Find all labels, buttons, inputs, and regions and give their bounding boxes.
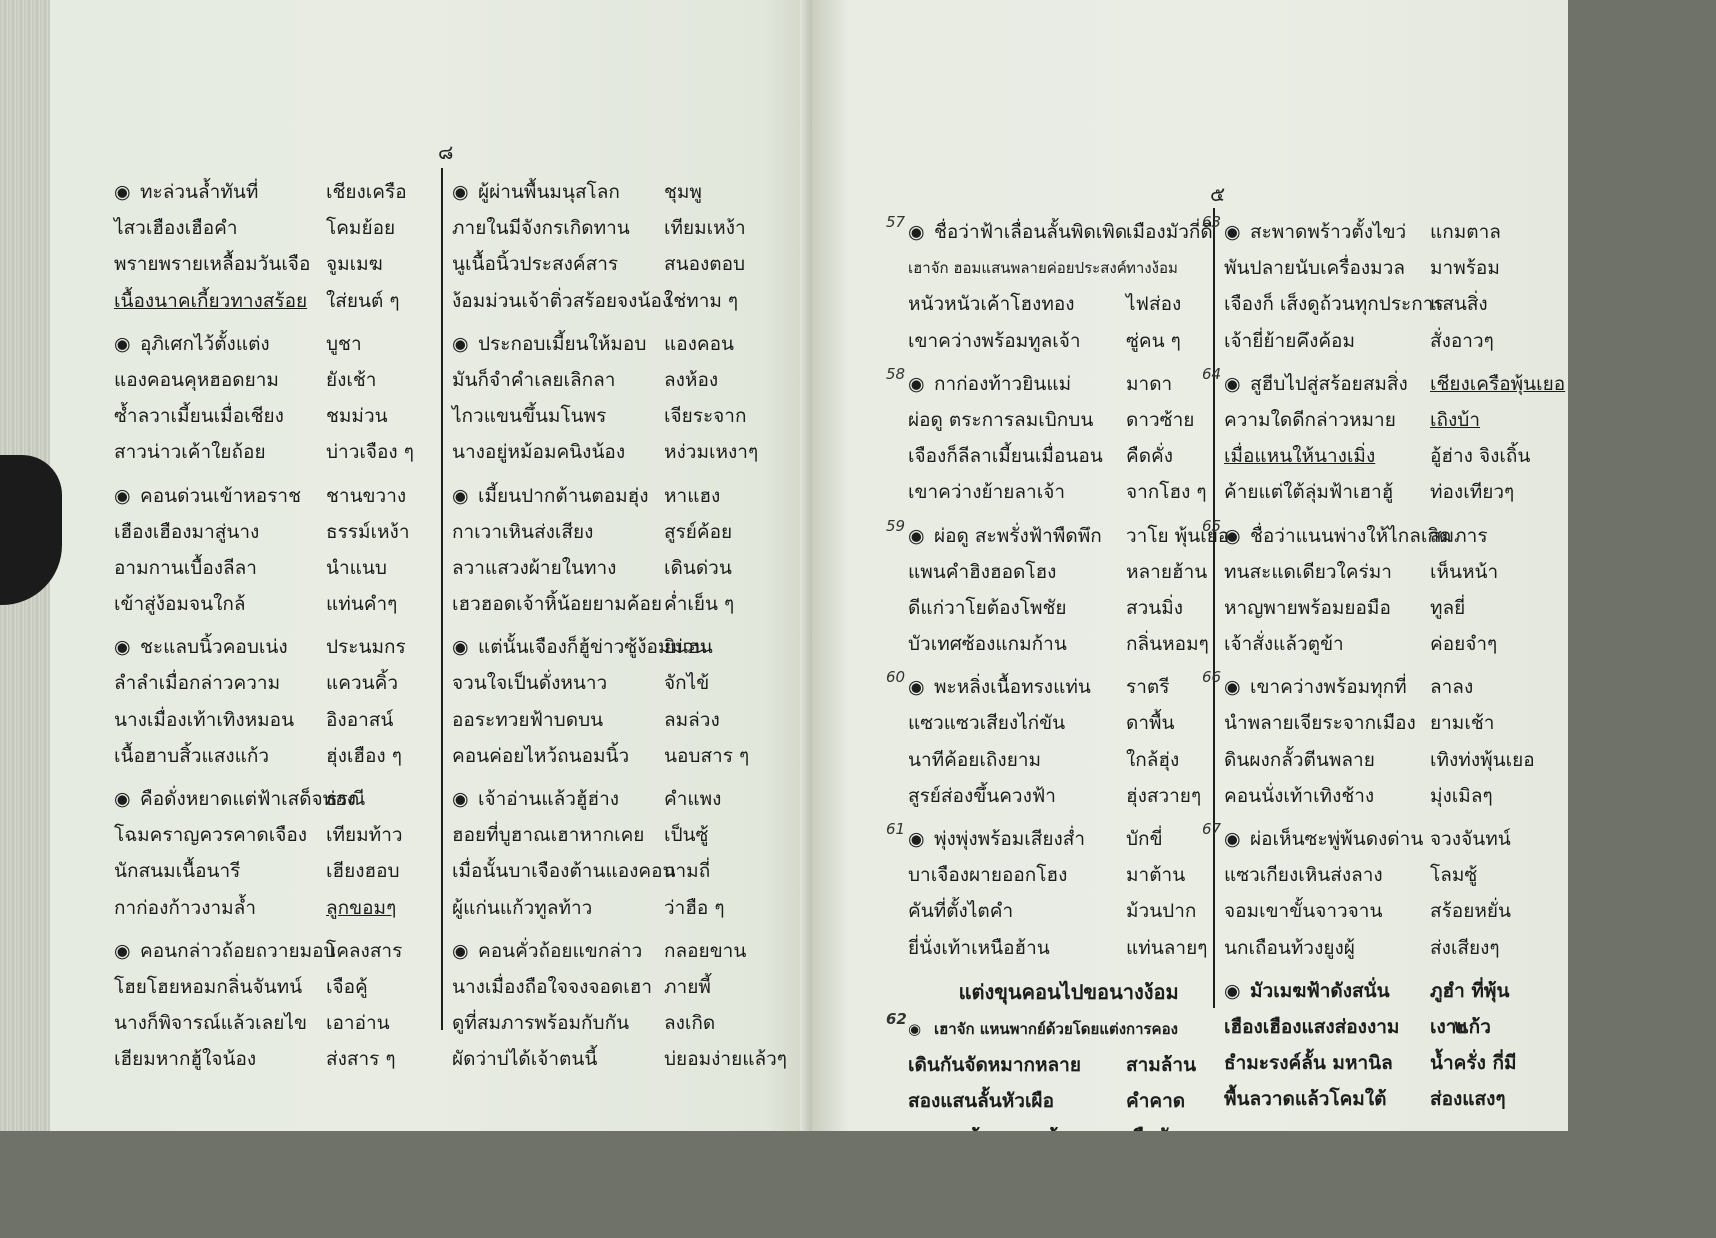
verse-line: ◉มัวเมฆฟ้าดังสนั่นภูฮำ ที่พุ้น — [1224, 973, 1565, 1009]
verse-line-right: ใส่ยนต์ ๆ — [326, 283, 400, 319]
verse-line-right: สนองตอบ — [664, 246, 745, 282]
verse-line-right: บ่ยอมง่ายแล้วๆ — [664, 1041, 787, 1077]
verse-line: เนื้อฮาบสิ้วแสงแก้วฮุ่งเฮือง ๆ — [114, 738, 414, 774]
verse-line-right: มุ่งเมิลๆ — [1430, 778, 1493, 814]
verse-line: ◉เมี้ยนปากต้านตอมฮุ่งหาแฮง — [452, 478, 787, 514]
verse-line-left: เฮาจัก ฮอมแสนพลายค่อยประสงค์ — [908, 259, 1127, 277]
bullet-circle-icon: ◉ — [114, 478, 140, 514]
verse-stanza: 57◉ชื่อว่าฟ้าเลื่อนลั้นพิดเพิดเมืองมัวกี… — [908, 214, 1229, 359]
verse-line: พลูแจกซ้องหลายถ้านเฮือขันๆ — [908, 1119, 1229, 1131]
verse-line-left: จวนใจเป็นดั่งหนาว — [452, 672, 607, 694]
verse-line-left: ดีแก่วาโยต้องโพชัย — [908, 597, 1067, 619]
bullet-circle-icon: ◉ — [908, 214, 934, 250]
bullet-circle-icon: ◉ — [1224, 973, 1250, 1009]
black-tab-marker — [0, 455, 62, 605]
verse-stanza: 67◉ผ่อเห็นซะพู่พ้นดงด่านจวงจันทน์แซวเกีย… — [1224, 821, 1565, 966]
verse-line: เนื้องนาคเกี้ยวทางสร้อยใส่ยนต์ ๆ — [114, 283, 414, 319]
verse-line-right: ประนมกร — [326, 629, 406, 665]
verse-line: จวนใจเป็นดั่งหนาวจักไข้ — [452, 665, 787, 701]
verse-line: ◉คอนด่วนเข้าหอราชชานขวาง — [114, 478, 414, 514]
verse-line: นักสนมเนื้อนารีเฮียงฮอบ — [114, 853, 414, 889]
verse-line-right: ลมล่วง — [664, 702, 720, 738]
verse-line-right: ฮุ่งสวายๆ — [1126, 778, 1201, 814]
verse-line: บาเจืองผายออกโฮงมาต้าน — [908, 857, 1229, 893]
verse-line: โฮยโฮยหอมกลิ่นจันทน์เจือคู้ — [114, 969, 414, 1005]
verse-line: เข้าสู่ง้อมจนใกล้แท่นคำๆ — [114, 586, 414, 622]
verse-line: ◉เจ้าอ่านแล้วฮู้ฮ่างคำแพง — [452, 781, 787, 817]
bullet-circle-icon: ◉ — [1224, 669, 1250, 705]
verse-line: ◉กาก่องท้าวยินแม่มาดา — [908, 366, 1229, 402]
verse-stanza: 59◉ผ่อดู สะพรั่งฟ้าพืดพึกวาโย พุ้นเยอแพน… — [908, 518, 1229, 663]
verse-line: ◉ผ่อดู สะพรั่งฟ้าพืดพึกวาโย พุ้นเยอ — [908, 518, 1229, 554]
bullet-circle-icon: ◉ — [1224, 214, 1250, 250]
verse-line: จอมเขาขั้นจาวจานสร้อยหยั่น — [1224, 893, 1565, 929]
verse-line-left: มันก็จำคำเลยเลิกลา — [452, 369, 615, 391]
verse-line-left: แองคอนคุหฮอดยาม — [114, 369, 279, 391]
verse-line-left: หนัวหนัวเค้าโฮงทอง — [908, 293, 1075, 315]
verse-line-left: นางเมื่องเท้าเทิงหมอน — [114, 709, 294, 731]
verse-stanza: ◉แต่นั้นเจืองก็ฮู้ข่าวซู้ง้อมม่วนยินฮนจว… — [452, 629, 787, 774]
verse-stanza: 58◉กาก่องท้าวยินแม่มาดาผ่อดู ตระการลมเบิ… — [908, 366, 1229, 511]
verse-line: คอนนั่งเท้าเทิงช้างมุ่งเมิลๆ — [1224, 778, 1565, 814]
verse-line-right: ถามถี่ — [664, 853, 710, 889]
bullet-circle-icon: ◉ — [114, 326, 140, 362]
verse-line: คันที่ตั้งไตคำม้วนปาก — [908, 893, 1229, 929]
verse-line: ◉แต่นั้นเจืองก็ฮู้ข่าวซู้ง้อมม่วนยินฮน — [452, 629, 787, 665]
verse-stanza: ◉อุภิเศกไว้ตั้งแต่งบูชาแองคอนคุหฮอดยามยั… — [114, 326, 414, 471]
left-page: ๘ ◉ทะล่วนล้ำทันที่เชียงเครือไสวเฮืองเฮือ… — [0, 0, 812, 1131]
verse-line-left: ผู้ผ่านพื้นมนุสโลก — [478, 181, 620, 203]
verse-line-right: อู้ฮ่าง จิงเถิ้น — [1430, 438, 1530, 474]
verse-line-left: นางเมื่องถือใจจงจอดเฮา — [452, 976, 652, 998]
verse-line-left: ชะแลบนิ้วคอบเน่ง — [140, 636, 288, 658]
verse-line-right: แสนสิ่ง — [1430, 286, 1488, 322]
verse-line-left: ออระทวยฟ้าบดบน — [452, 709, 603, 731]
verse-line-right: เทียมท้าว — [326, 817, 403, 853]
verse-line: ผู้แก่นแก้วทูลท้าวว่าฮือ ๆ — [452, 890, 787, 926]
verse-line-left: บัวเทศซ้องแกมก้าน — [908, 633, 1067, 655]
handwritten-verse-number: 67 — [1202, 811, 1221, 847]
verse-line-left: นางอยู่หม้อมคนิงน้อง — [452, 441, 625, 463]
bullet-circle-icon: ◉ — [452, 326, 478, 362]
verse-line-right: ส่งสาร ๆ — [326, 1041, 396, 1077]
handwritten-verse-number: 66 — [1202, 659, 1221, 695]
verse-line: เจืองก็ เส็งดูถ้วนทุกประการแสนสิ่ง — [1224, 286, 1565, 322]
verse-line-right: เมืองมัวกี่ดี — [1126, 214, 1213, 250]
verse-line: ดูที่สมภารพร้อมกับกันลงเกิด — [452, 1005, 787, 1041]
verse-line-right: ท่องเทียวๆ — [1430, 474, 1514, 510]
handwritten-verse-number: 64 — [1202, 356, 1221, 392]
verse-line-right: ดาพื้น — [1126, 705, 1175, 741]
verse-line-right: โคลงสาร — [326, 933, 402, 969]
verse-line: นางเมื่องเท้าเทิงหมอนอิงอาสน์ — [114, 702, 414, 738]
verse-line-right: ซู่คน ๆ — [1126, 323, 1181, 359]
verse-line: บัวเทศซ้องแกมก้านกลิ่นหอมๆ — [908, 626, 1229, 662]
verse-line: เจืองก็ลีลาเมี้ยนเมื่อนอนคืดคั่ง — [908, 438, 1229, 474]
verse-line-left: ลำลำเมื่อกล่าวความ — [114, 672, 280, 694]
verse-line-right: น้ำครั่ง กี่มี — [1430, 1045, 1517, 1081]
verse-line-right: นำแนบ — [326, 550, 387, 586]
bullet-circle-icon: ◉ — [908, 366, 934, 402]
verse-line-left: สาวน่าวเค้าใยถ้อย — [114, 441, 266, 463]
verse-line-left: ผ่อดู สะพรั่งฟ้าพืดพึก — [934, 525, 1102, 547]
verse-line-right: ลูกขอมๆ — [326, 890, 396, 926]
verse-line-left: พุ่งพุ่งพร้อมเสียงส่ำ — [934, 828, 1085, 850]
verse-line-right: ค่อยจำๆ — [1430, 626, 1497, 662]
book-spread: ๘ ◉ทะล่วนล้ำทันที่เชียงเครือไสวเฮืองเฮือ… — [0, 0, 1568, 1131]
verse-line-right: เดินด่วน — [664, 550, 732, 586]
verse-line-right: เชียงเครือพุ้นเยอ — [1430, 366, 1565, 402]
handwritten-verse-number: 61 — [886, 811, 905, 847]
right-page-column-1: 57◉ชื่อว่าฟ้าเลื่อนลั้นพิดเพิดเมืองมัวกี… — [908, 214, 1229, 1131]
verse-line-left: กาก่องท้าวยินแม่ — [934, 373, 1071, 395]
bullet-circle-icon: ◉ — [452, 781, 478, 817]
verse-line-left: ผ่อเห็นซะพู่พ้นดงด่าน — [1250, 828, 1423, 850]
verse-line-left: โฉมคราญควรคาดเจือง — [114, 824, 307, 846]
verse-line-right: หง่วมเหงาๆ — [664, 434, 758, 470]
verse-line-right: ราตรี — [1126, 669, 1169, 705]
verse-line-right: คำแพง — [664, 781, 721, 817]
verse-stanza: ◉เจ้าอ่านแล้วฮู้ฮ่างคำแพงฮอยที่บูฮาณเฮาห… — [452, 781, 787, 926]
verse-line: ◉พุ่งพุ่งพร้อมเสียงส่ำบักขี่ — [908, 821, 1229, 857]
verse-line: นางเมื่องถือใจจงจอดเฮาภายพี้ — [452, 969, 787, 1005]
handwritten-verse-number: 60 — [886, 659, 905, 695]
verse-line-left: ทะล่วนล้ำทันที่ — [140, 181, 258, 203]
verse-line-left: ทนสะแดเดียวใคร่มา — [1224, 561, 1392, 583]
verse-line-right: ไฟส่อง — [1126, 286, 1181, 322]
verse-line: อามกานเบื้องลีลานำแนบ — [114, 550, 414, 586]
verse-line: ดินผงกลั้วตีนพลายเทิงท่งพุ้นเยอ — [1224, 742, 1565, 778]
verse-line-right: ลาลง — [1430, 669, 1473, 705]
verse-line-left: เมื่อนั้นบาเจืองต้านแองคอน — [452, 860, 676, 882]
verse-line-left: โฮยโฮยหอมกลิ่นจันทน์ — [114, 976, 302, 998]
verse-line-left: อามกานเบื้องลีลา — [114, 557, 257, 579]
verse-line-right: มาพร้อม — [1430, 250, 1500, 286]
verse-line-left: ชื่อว่าแนนพ่างให้ไกลเกิด — [1250, 525, 1451, 547]
bullet-circle-icon: ◉ — [114, 174, 140, 210]
bullet-circle-icon: ◉ — [452, 478, 478, 514]
verse-line-left: ความใดดีกล่าวหมาย — [1224, 409, 1396, 431]
verse-line-right: ดาวซ้าย — [1126, 402, 1194, 438]
left-page-column-1: ◉ทะล่วนล้ำทันที่เชียงเครือไสวเฮืองเฮือคำ… — [114, 174, 414, 1085]
verse-line-right: จักไข้ — [664, 665, 709, 701]
verse-line: พันปลายนับเครื่องมวลมาพร้อม — [1224, 250, 1565, 286]
verse-line: คอนค่อยไหว้ถนอมนิ้วนอบสาร ๆ — [452, 738, 787, 774]
verse-line: ◉สูฮีบไปสู่สร้อยสมสิ่งเชียงเครือพุ้นเยอ — [1224, 366, 1565, 402]
verse-line-left: พลูแจกซ้องหลายถ้าน — [908, 1126, 1082, 1131]
verse-line: เมื่อนั้นบาเจืองต้านแองคอนถามถี่ — [452, 853, 787, 889]
verse-line: หนัวหนัวเค้าโฮงทองไฟส่อง — [908, 286, 1229, 322]
verse-line-left: นักสนมเนื้อนารี — [114, 860, 240, 882]
verse-line-left: พะหลิ่งเนื้อทรงแท่น — [934, 676, 1091, 698]
verse-line-left: ไกวแขนขึ้นมโนพร — [452, 405, 606, 427]
verse-line: เขาคว่างย้ายลาเจ้าจากโฮง ๆ — [908, 474, 1229, 510]
verse-line-left: สูรย์ส่องขึ้นควงฟ้า — [908, 785, 1056, 807]
verse-stanza: ◉คือดั่งหยาดแต่ฟ้าเสด็จท่องธรณีโฉมคราญคว… — [114, 781, 414, 926]
verse-line-left: เฮียมหากฮู้ใจน้อง — [114, 1048, 256, 1070]
verse-stanza: ◉ชะแลบนิ้วคอบเน่งประนมกรลำลำเมื่อกล่าวคว… — [114, 629, 414, 774]
verse-line-right: ใช่ทาม ๆ — [664, 283, 738, 319]
verse-line: โฉมคราญควรคาดเจืองเทียมท้าว — [114, 817, 414, 853]
verse-line-left: นางก็พิจารณ์แล้วเลยไข — [114, 1012, 307, 1034]
verse-line-left: เฮวฮอดเจ้าหิ้น้อยยามค้อย — [452, 593, 662, 615]
verse-line-right: ทางง้อม — [1126, 250, 1178, 286]
verse-line: ลำลำเมื่อกล่าวความแควนคิ้ว — [114, 665, 414, 701]
verse-line: แองคอนคุหฮอดยามยังเช้า — [114, 362, 414, 398]
verse-line-left: แซวแซวเสียงไก่ขัน — [908, 712, 1065, 734]
bullet-circle-icon: ◉ — [452, 629, 478, 665]
verse-line: ◉ชื่อว่าฟ้าเลื่อนลั้นพิดเพิดเมืองมัวกี่ด… — [908, 214, 1229, 250]
verse-line-right: เชียงเครือ — [326, 174, 407, 210]
verse-line-left: บาเจืองผายออกโฮง — [908, 864, 1067, 886]
verse-line-left: พรายพรายเหลื้อมวันเจือ — [114, 253, 310, 275]
verse-line: ◉เขาคว่างพร้อมทุกที่ลาลง — [1224, 669, 1565, 705]
verse-line-left: คอนกล่าวถ้อยถวายมอบ — [140, 940, 336, 962]
verse-line: เจ้าสั่งแล้วตูข้าค่อยจำๆ — [1224, 626, 1565, 662]
verse-line: เฮืองเฮืองมาสู่นางธรรม์เหง้า — [114, 514, 414, 550]
right-page-column-2: 63◉สะพาดพร้าวตั้งไขว่แกมตาลพันปลายนับเคร… — [1224, 214, 1565, 1125]
handwritten-verse-number: 57 — [886, 204, 905, 240]
verse-line: นางก็พิจารณ์แล้วเลยไขเอาอ่าน — [114, 1005, 414, 1041]
verse-line-right: มาต้าน — [1126, 857, 1185, 893]
verse-line: นำพลายเจียระจากเมืองยามเช้า — [1224, 705, 1565, 741]
verse-line-left: มัวเมฆฟ้าดังสนั่น — [1250, 980, 1390, 1002]
verse-line-left: คอนค่อยไหว้ถนอมนิ้ว — [452, 745, 629, 767]
verse-line-right: ส่งเสียงๆ — [1430, 930, 1500, 966]
verse-line: พรายพรายเหลื้อมวันเจือจูมเมฆ — [114, 246, 414, 282]
verse-line: ภายในมีจังกรเกิดทานเทียมเหง้า — [452, 210, 787, 246]
verse-line: ◉คอนกล่าวถ้อยถวายมอบโคลงสาร — [114, 933, 414, 969]
verse-line-left: เมื่อแหนให้นางเมิ่ง — [1224, 445, 1375, 467]
verse-line: ผ่อดู ตระการลมเบิกบนดาวซ้าย — [908, 402, 1229, 438]
verse-line-left: เขาคว่างย้ายลาเจ้า — [908, 481, 1065, 503]
verse-line: แซวแซวเสียงไก่ขันดาพื้น — [908, 705, 1229, 741]
verse-line-left: ฮอยที่บูฮาณเฮาหากเคย — [452, 824, 644, 846]
verse-line-right: โคมย้อย — [326, 210, 395, 246]
verse-line-left: ดินผงกลั้วตีนพลาย — [1224, 749, 1375, 771]
verse-line-left: กาเวาเหินส่งเสียง — [452, 521, 593, 543]
verse-line: สาวน่าวเค้าใยถ้อยบ่าวเจือง ๆ — [114, 434, 414, 470]
verse-line: ง้อมม่วนเจ้าติ่วสร้อยจงน้องใช่ทาม ๆ — [452, 283, 787, 319]
verse-line: ◉ประกอบเมี้ยนให้มอบแองคอน — [452, 326, 787, 362]
verse-line: ◉คอนคั่วถ้อยแขกล่าวกลอยขาน — [452, 933, 787, 969]
verse-line-right: ลงห้อง — [664, 362, 718, 398]
handwritten-verse-number: 59 — [886, 508, 905, 544]
verse-line-right: ค่ำเย็น ๆ — [664, 586, 734, 622]
verse-line-right: จากโฮง ๆ — [1126, 474, 1207, 510]
verse-line-right: เทิงท่งพุ้นเยอ — [1430, 742, 1535, 778]
bullet-circle-icon: ◉ — [1224, 821, 1250, 857]
verse-stanza: ◉ประกอบเมี้ยนให้มอบแองคอนมันก็จำคำเลยเลิ… — [452, 326, 787, 471]
verse-line-left: เจืองก็ เส็งดูถ้วนทุกประการ — [1224, 293, 1444, 315]
verse-line-right: สวนมิ่ง — [1126, 590, 1183, 626]
verse-stanza: 60◉พะหลิ่งเนื้อทรงแท่นราตรีแซวแซวเสียงไก… — [908, 669, 1229, 814]
verse-line-right: อิงอาสน์ — [326, 702, 393, 738]
verse-line-right: เจียระจาก — [664, 398, 746, 434]
verse-line-right: ใกล้ฮุ่ง — [1126, 742, 1179, 778]
verse-line-left: เนื้องนาคเกี้ยวทางสร้อย — [114, 290, 307, 312]
verse-line-right: โลมซู้ — [1430, 857, 1477, 893]
page-number-left: ๘ — [438, 136, 453, 168]
bullet-circle-icon: ◉ — [452, 933, 478, 969]
verse-line-left: คันที่ตั้งไตคำ — [908, 900, 1013, 922]
verse-line: มันก็จำคำเลยเลิกลาลงห้อง — [452, 362, 787, 398]
bullet-circle-icon: ◉ — [1224, 366, 1250, 402]
bullet-circle-icon: ◉ — [1224, 518, 1250, 554]
verse-line-left: เจ้าอ่านแล้วฮู้ฮ่าง — [478, 788, 619, 810]
verse-line: ◉ผู้ผ่านพื้นมนุสโลกชุมพู — [452, 174, 787, 210]
verse-line: ไกวแขนขึ้นมโนพรเจียระจาก — [452, 398, 787, 434]
verse-line-right: เห็นหน้า — [1430, 554, 1498, 590]
verse-line-right: ชมม่วน — [326, 398, 388, 434]
verse-line: ◉สะพาดพร้าวตั้งไขว่แกมตาล — [1224, 214, 1565, 250]
verse-line-left: แซวเกียงเหินส่งลาง — [1224, 864, 1383, 886]
verse-stanza: 65◉ชื่อว่าแนนพ่างให้ไกลเกิดสมภารทนสะแดเด… — [1224, 518, 1565, 663]
handwritten-verse-number: 58 — [886, 356, 905, 392]
verse-line: ◉ชื่อว่าแนนพ่างให้ไกลเกิดสมภาร — [1224, 518, 1565, 554]
verse-line: ซ้ำลวาเมี้ยนเมื่อเชียงชมม่วน — [114, 398, 414, 434]
verse-line-right: บูชา — [326, 326, 362, 362]
verse-line-right: กลิ่นหอมๆ — [1126, 626, 1209, 662]
verse-line-left: อุภิเศกไว้ตั้งแต่ง — [140, 333, 270, 355]
verse-line: ◉ผ่อเห็นซะพู่พ้นดงด่านจวงจันทน์ — [1224, 821, 1565, 857]
verse-line: ธำมะรงค์ลั้น มหานิลน้ำครั่ง กี่มี — [1224, 1045, 1565, 1081]
handwritten-verse-number: 63 — [1202, 204, 1221, 240]
verse-line-right: คำคาด — [1126, 1083, 1185, 1119]
right-page: ๕ 57◉ชื่อว่าฟ้าเลื่อนลั้นพิดเพิดเมืองมัว… — [812, 0, 1568, 1131]
verse-line-left: ผู้แก่นแก้วทูลท้าว — [452, 897, 592, 919]
verse-line: ค้ายแต่ใต้ลุ่มฟ้าเฮาฮู้ท่องเทียวๆ — [1224, 474, 1565, 510]
verse-line-right: ฮุ่งเฮือง ๆ — [326, 738, 402, 774]
verse-stanza: ◉ทะล่วนล้ำทันที่เชียงเครือไสวเฮืองเฮือคำ… — [114, 174, 414, 319]
verse-line-right: สูรย์ค้อย — [664, 514, 732, 550]
verse-line: กาก่องก้าวงามล้ำลูกขอมๆ — [114, 890, 414, 926]
bullet-circle-icon: ◉ — [908, 518, 934, 554]
verse-line-left: ดูที่สมภารพร้อมกับกัน — [452, 1012, 629, 1034]
verse-line-right: เป็นซู้ — [664, 817, 708, 853]
verse-line-left: เจ้ายี่ย้ายคึงค้อม — [1224, 330, 1355, 352]
verse-line-left: แพนคำฮิงฮอดโฮง — [908, 561, 1056, 583]
verse-line: ผัดว่าบ่ได้เจ้าตนนี้บ่ยอมง่ายแล้วๆ — [452, 1041, 787, 1077]
verse-line-right: จวงจันทน์ — [1430, 821, 1511, 857]
verse-line-right: นอบสาร ๆ — [664, 738, 749, 774]
bullet-circle-icon: ◉ — [908, 669, 934, 705]
verse-line-left: ไสวเฮืองเฮือคำ — [114, 217, 237, 239]
section-title: แต่งขุนคอนไปขอนางง้อม — [908, 973, 1229, 1011]
verse-line-left: คอนคั่วถ้อยแขกล่าว — [478, 940, 642, 962]
verse-stanza: ◉ผู้ผ่านพื้นมนุสโลกชุมพูภายในมีจังกรเกิด… — [452, 174, 787, 319]
verse-stanza: 62◉เฮาจัก แหนพากย์ด้วยโดยแต่งการคองเดินก… — [908, 1011, 1229, 1131]
verse-line-right: ส่องแสงๆ — [1430, 1081, 1506, 1117]
bullet-circle-icon: ◉ — [114, 933, 140, 969]
bullet-circle-icon: ◉ — [114, 781, 140, 817]
verse-line: แซวเกียงเหินส่งลางโลมซู้ — [1224, 857, 1565, 893]
verse-line: ออระทวยฟ้าบดบนลมล่วง — [452, 702, 787, 738]
verse-line-left: เจืองก็ลีลาเมี้ยนเมื่อนอน — [908, 445, 1103, 467]
verse-line: ทนสะแดเดียวใคร่มาเห็นหน้า — [1224, 554, 1565, 590]
verse-line-left: เขาคว่างพร้อมทุกที่ — [1250, 676, 1407, 698]
verse-line-right: บ่าวเจือง ๆ — [326, 434, 414, 470]
verse-line: นางอยู่หม้อมคนิงน้องหง่วมเหงาๆ — [452, 434, 787, 470]
verse-line-left: กาก่องก้าวงามล้ำ — [114, 897, 256, 919]
verse-line-right: สั่งอาวๆ — [1430, 323, 1494, 359]
verse-line: นาทีค้อยเถิงยามใกล้ฮุ่ง — [908, 742, 1229, 778]
verse-line-right: ลงเกิด — [664, 1005, 715, 1041]
verse-line-left: คอนนั่งเท้าเทิงช้าง — [1224, 785, 1374, 807]
verse-line-left: ภายในมีจังกรเกิดทาน — [452, 217, 630, 239]
verse-line-left: เฮืองเฮืองแสงส่องงาม — [1224, 1016, 1399, 1038]
verse-line: ◉เฮาจัก แหนพากย์ด้วยโดยแต่งการคอง — [908, 1011, 1229, 1047]
verse-line-left: นำพลายเจียระจากเมือง — [1224, 712, 1416, 734]
verse-line-right: ภูฮำ ที่พุ้น — [1430, 973, 1509, 1009]
verse-line-right: ธรณี — [326, 781, 365, 817]
verse-line: ◉คือดั่งหยาดแต่ฟ้าเสด็จท่องธรณี — [114, 781, 414, 817]
verse-line: ไสวเฮืองเฮือคำโคมย้อย — [114, 210, 414, 246]
verse-line-right: ธรรม์เหง้า — [326, 514, 410, 550]
verse-line-right: เทียมเหง้า — [664, 210, 746, 246]
verse-line-left: ยี่นั่งเท้าเหนือฮ้าน — [908, 937, 1050, 959]
verse-line-left: นาทีค้อยเถิงยาม — [908, 749, 1041, 771]
verse-line-left: คอนด่วนเข้าหอราช — [140, 485, 301, 507]
verse-line-left: เขาคว่างพร้อมทูลเจ้า — [908, 330, 1081, 352]
verse-line-left: ผัดว่าบ่ได้เจ้าตนนี้ — [452, 1048, 597, 1070]
verse-line-right: แกมตาล — [1430, 214, 1501, 250]
verse-stanza: ◉คอนคั่วถ้อยแขกล่าวกลอยขานนางเมื่องถือใจ… — [452, 933, 787, 1078]
verse-line-right: การคอง — [1126, 1011, 1178, 1047]
verse-line: เฮืองเฮืองแสงส่องงามเงาแก้ว — [1224, 1009, 1565, 1045]
verse-line: ความใดดีกล่าวหมายเถิงบ้า — [1224, 402, 1565, 438]
verse-line: หาญพายพร้อมยอมือทูลยี่ — [1224, 590, 1565, 626]
verse-line-left: ธำมะรงค์ลั้น มหานิล — [1224, 1052, 1393, 1074]
bullet-circle-icon: ◉ — [114, 629, 140, 665]
verse-line-left: นูเนื้อนิ้วประสงค์สาร — [452, 253, 618, 275]
verse-line-left: เจ้าสั่งแล้วตูข้า — [1224, 633, 1344, 655]
verse-stanza: 64◉สูฮีบไปสู่สร้อยสมสิ่งเชียงเครือพุ้นเย… — [1224, 366, 1565, 511]
verse-line-left: เดินกันจัดหมากหลาย — [908, 1054, 1081, 1076]
bullet-circle-icon: ◉ — [452, 174, 478, 210]
verse-line: นกเถือนท้วงยูงผู้ส่งเสียงๆ — [1224, 930, 1565, 966]
verse-line-right: กลอยขาน — [664, 933, 746, 969]
verse-line-left: ชื่อว่าฟ้าเลื่อนลั้นพิดเพิด — [934, 221, 1127, 243]
verse-line: เดินกันจัดหมากหลายสามล้าน — [908, 1047, 1229, 1083]
verse-line: สองแสนลั้นหัวเผือคำคาด — [908, 1083, 1229, 1119]
verse-line-right: ภายพี้ — [664, 969, 711, 1005]
verse-line: เขาคว่างพร้อมทูลเจ้าซู่คน ๆ — [908, 323, 1229, 359]
verse-line-right: หาแฮง — [664, 478, 720, 514]
verse-stanza: 61◉พุ่งพุ่งพร้อมเสียงส่ำบักขี่บาเจืองผาย… — [908, 821, 1229, 966]
column-divider — [441, 168, 443, 1030]
verse-line-left: ง้อมม่วนเจ้าติ่วสร้อยจงน้อง — [452, 290, 671, 312]
verse-line-right: แควนคิ้ว — [326, 665, 398, 701]
verse-line-right: เจือคู้ — [326, 969, 368, 1005]
verse-line-left: ผ่อดู ตระการลมเบิกบน — [908, 409, 1093, 431]
verse-stanza: 66◉เขาคว่างพร้อมทุกที่ลาลงนำพลายเจียระจา… — [1224, 669, 1565, 814]
verse-line: ฮอยที่บูฮาณเฮาหากเคยเป็นซู้ — [452, 817, 787, 853]
verse-line-left: สูฮีบไปสู่สร้อยสมสิ่ง — [1250, 373, 1408, 395]
verse-line-left: พันปลายนับเครื่องมวล — [1224, 257, 1405, 279]
verse-line-left: ประกอบเมี้ยนให้มอบ — [478, 333, 646, 355]
verse-line-left: คือดั่งหยาดแต่ฟ้าเสด็จท่อง — [140, 788, 356, 810]
verse-line: ยี่นั่งเท้าเหนือฮ้านแท่นลายๆ — [908, 930, 1229, 966]
verse-line-left: เนื้อฮาบสิ้วแสงแก้ว — [114, 745, 269, 767]
verse-line-right: เถิงบ้า — [1430, 402, 1480, 438]
handwritten-verse-number: 62 — [886, 1001, 907, 1037]
verse-line-right: ยินฮน — [664, 629, 713, 665]
verse-line-left: จอมเขาขั้นจาวจาน — [1224, 900, 1382, 922]
verse-line-right: ยามเช้า — [1430, 705, 1494, 741]
verse-line-left: สองแสนลั้นหัวเผือ — [908, 1090, 1054, 1112]
verse-line-right: มาดา — [1126, 366, 1172, 402]
